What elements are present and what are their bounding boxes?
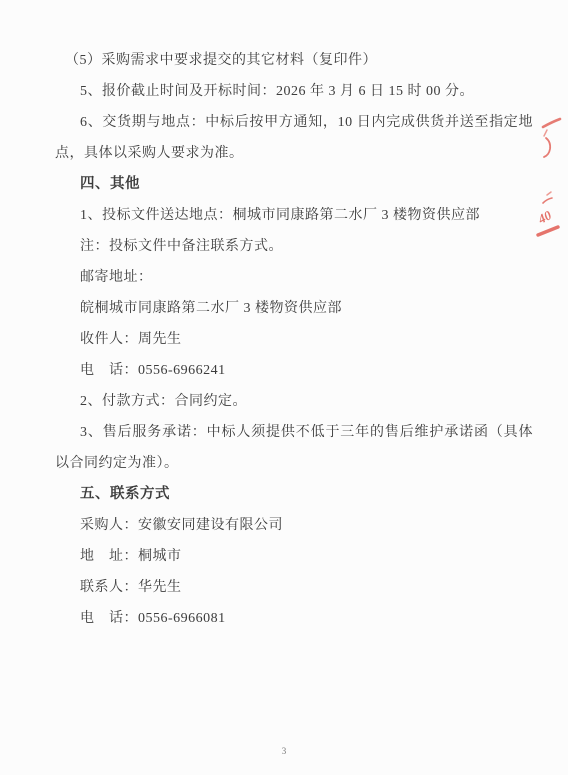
paragraph-purchaser: 采购人：安徽安同建设有限公司	[55, 510, 533, 541]
paragraph-recipient-phone: 电 话：0556-6966241	[55, 355, 533, 386]
section-heading-contact: 五、联系方式	[55, 479, 533, 510]
paragraph-delivery: 6、交货期与地点：中标后按甲方通知，10 日内完成供货并送至指定地点，具体以采购…	[55, 107, 533, 169]
document-body: （5）采购需求中要求提交的其它材料（复印件） 5、报价截止时间及开标时间：202…	[55, 45, 533, 634]
paragraph-address: 地 址：桐城市	[55, 541, 533, 572]
section-heading-other: 四、其他	[55, 169, 533, 200]
red-mark-squiggle-icon	[543, 198, 552, 203]
red-mark-tick-icon	[547, 192, 551, 195]
paragraph-recipient: 收件人：周先生	[55, 324, 533, 355]
paragraph-bid-delivery-place: 1、投标文件送达地点：桐城市同康路第二水厂 3 楼物资供应部	[55, 200, 533, 231]
red-mark-number: 40	[534, 207, 554, 227]
paragraph-after-sales: 3、售后服务承诺：中标人须提供不低于三年的售后维护承诺函（具体以合同约定为准）。	[55, 417, 533, 479]
red-mark-curl-icon	[544, 138, 550, 157]
page-number: 3	[0, 746, 568, 756]
paragraph-note: 注：投标文件中备注联系方式。	[55, 231, 533, 262]
paragraph-deadline: 5、报价截止时间及开标时间：2026 年 3 月 6 日 15 时 00 分。	[55, 76, 533, 107]
paragraph-mail-address: 皖桐城市同康路第二水厂 3 楼物资供应部	[55, 293, 533, 324]
paragraph-mail-address-label: 邮寄地址：	[55, 262, 533, 293]
paragraph-payment: 2、付款方式：合同约定。	[55, 386, 533, 417]
red-mark-diagonal-stroke-icon	[543, 119, 560, 127]
red-mark-flick-icon	[544, 130, 547, 136]
paragraph-other-materials: （5）采购需求中要求提交的其它材料（复印件）	[55, 45, 533, 76]
red-pen-marks-bottom: 40	[530, 188, 568, 240]
paragraph-contact-phone: 电 话：0556-6966081	[55, 603, 533, 634]
paragraph-contact-person: 联系人：华先生	[55, 572, 533, 603]
red-mark-underline-icon	[538, 227, 558, 235]
red-pen-marks-top	[532, 102, 568, 172]
